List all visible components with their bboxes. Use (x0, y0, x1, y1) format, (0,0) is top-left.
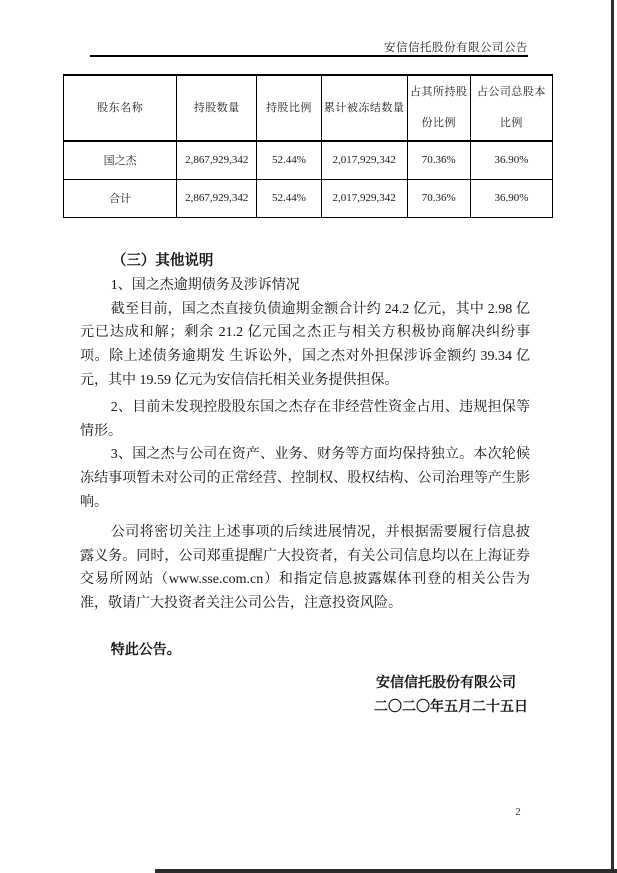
table-row-total: 合计 2,867,929,342 52.44% 2,017,929,342 70… (64, 179, 553, 217)
paragraph-disclosure-notice: 公司将密切关注上述事项的后续进展情况，并根据需要履行信息披露义务。同时，公司郑重… (80, 521, 530, 616)
item3-text: 3、国之杰与公司在资产、业务、财务等方面均保持独立。本次轮候冻结事项暂未对公司的… (80, 443, 530, 514)
table-cell: 国之杰 (64, 141, 177, 179)
table-cell: 52.44% (257, 141, 321, 179)
table-cell: 2,017,929,342 (321, 179, 407, 217)
table-header-ratio-of-holding: 占其所持股份比例 (407, 75, 470, 141)
table-header-frozen-shares: 累计被冻结数量 (321, 75, 407, 141)
table-header-shareholder-name: 股东名称 (64, 75, 177, 141)
section-heading: （三）其他说明 (80, 250, 530, 274)
closing-statement: 特此公告。 (80, 638, 530, 662)
item1-title: 1、国之杰逾期债务及涉诉情况 (80, 274, 530, 298)
signature-date: 二〇二〇年五月二十五日 (80, 695, 530, 719)
page-edge-bottom (155, 869, 617, 873)
body-content: （三）其他说明 1、国之杰逾期债务及涉诉情况 截至目前，国之杰直接负债逾期金额合… (80, 250, 530, 718)
item2-text: 2、目前未发现控股股东国之杰存在非经营性资金占用、违规担保等情形。 (80, 396, 530, 444)
table-cell: 52.44% (257, 179, 321, 217)
table-cell: 2,017,929,342 (321, 141, 407, 179)
table-cell: 合计 (64, 179, 177, 217)
paragraph-overdue-debt: 截至目前，国之杰直接负债逾期金额合计约 24.2 亿元，其中 2.98 亿元已达… (80, 298, 530, 393)
table-cell: 70.36% (407, 141, 470, 179)
table-cell: 2,867,929,342 (177, 141, 257, 179)
table-cell: 36.90% (470, 141, 552, 179)
table-cell: 2,867,929,342 (177, 179, 257, 217)
table-header-shares-held: 持股数量 (177, 75, 257, 141)
page-number: 2 (508, 806, 528, 818)
shareholding-freeze-table: 股东名称 持股数量 持股比例 累计被冻结数量 占其所持股份比例 占公司总股本比例… (63, 74, 553, 218)
table-cell: 36.90% (470, 179, 552, 217)
table-header-row: 股东名称 持股数量 持股比例 累计被冻结数量 占其所持股份比例 占公司总股本比例 (64, 75, 553, 141)
table-cell: 70.36% (407, 179, 470, 217)
table-header-holding-ratio: 持股比例 (257, 75, 321, 141)
table-row: 国之杰 2,867,929,342 52.44% 2,017,929,342 7… (64, 141, 553, 179)
signature-company-name: 安信信托股份有限公司 (80, 671, 530, 695)
table-header-ratio-of-total-capital: 占公司总股本比例 (470, 75, 552, 141)
announcement-page: 安信信托股份有限公司公告 股东名称 持股数量 持股比例 累计被冻结数量 占其所持… (0, 0, 617, 873)
running-header-title: 安信信托股份有限公司公告 (90, 39, 528, 55)
header-divider (90, 55, 528, 57)
page-edge-right (611, 0, 614, 873)
